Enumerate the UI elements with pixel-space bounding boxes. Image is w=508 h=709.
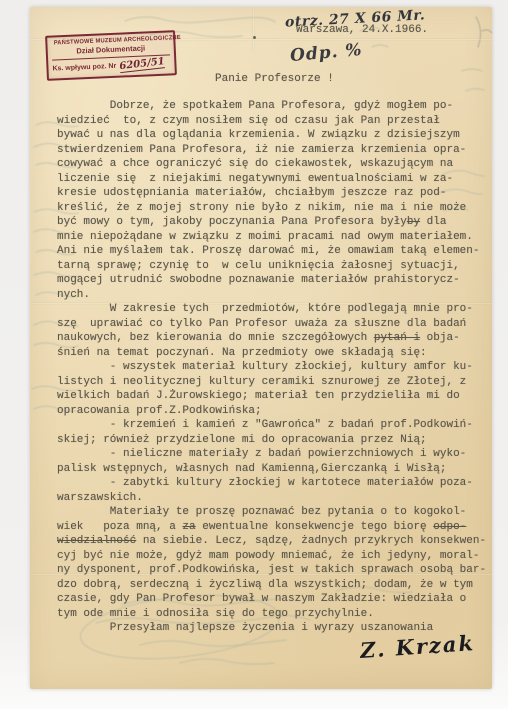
typed-line: śnień na temat poczynań. Na przedmioty o…	[57, 346, 486, 361]
typed-line: Dobrze, że spotkałem Pana Profesora, gdy…	[57, 99, 486, 114]
typed-line: wiedzialność na siebie. Lecz, sądzę, żad…	[57, 534, 486, 549]
typed-line: nych.	[57, 288, 486, 303]
typed-line: - nieliczne materiały z badań powierzchn…	[57, 447, 486, 462]
typed-line: być mowy o tym, jakoby poczynania Pana P…	[57, 215, 486, 230]
reply-annotation: Odp. %	[289, 40, 363, 66]
typed-line: Materiały te proszę poznawać bez pytania…	[57, 505, 486, 520]
typed-line: opracowania prof.Z.Podkowińska;	[57, 404, 486, 419]
typed-line: kreślić, że z mojej strony nie było z ni…	[57, 201, 486, 216]
typed-line: skiej; również przydzielone mi do opraco…	[57, 433, 486, 448]
typed-line: warszawskich.	[57, 491, 486, 506]
typed-line: wielkich badań J.Żurowskiego; materiał t…	[57, 389, 486, 404]
typed-line: stwierdzeniem Pana Profesora, iż nie zam…	[57, 143, 486, 158]
typed-line: dzo dobrą, serdeczną i życzliwą dla wszy…	[57, 578, 486, 593]
salutation: Panie Profesorze !	[215, 73, 334, 85]
typed-line: Ani nie myślałem tak. Proszę darować mi,…	[57, 244, 486, 259]
typed-line: cowywać a chce ograniczyć się do ciekawo…	[57, 157, 486, 172]
typed-line: mnie niepożądane w związku z moimi praca…	[57, 230, 486, 245]
typed-line: wiek poza mną, a za ewentualne konsekwen…	[57, 520, 486, 535]
typed-line: liczenie się z niejakimi negatywnymi ewe…	[57, 172, 486, 187]
typed-line: ny dysponent, prof.Podkowińska, jest w t…	[57, 563, 486, 578]
typed-line: palisk wstępnych, własnych nad Kamienną,…	[57, 462, 486, 477]
typed-line: czasie, gdy Pan Profesor bywał w naszym …	[57, 592, 486, 607]
typed-body: Dobrze, że spotkałem Pana Profesora, gdy…	[57, 99, 486, 636]
typed-line: tarną sprawę; czynię to w celu uniknięci…	[57, 259, 486, 274]
letter-page: PAŃSTWOWE MUZEUM ARCHEOLOGICZNE Dział Do…	[30, 7, 492, 689]
typed-line: - krzemień i kamień z "Gawrońca" z badań…	[57, 418, 486, 433]
typed-line: kresie udostępniania materiałów, chciałb…	[57, 186, 486, 201]
typed-line: cyj być nie może, gdyż mam powody mniema…	[57, 549, 486, 564]
typed-line: W zakresie tych przedmiotów, które podle…	[57, 302, 486, 317]
typed-line: - zabytki kultury złockiej w kartotece m…	[57, 476, 486, 491]
stamp-register-number: 6205/51	[119, 56, 165, 73]
date-line: Warszawa, 24.X.1966.	[296, 24, 428, 36]
typed-line: mogącej utrudnić swobodne poznawanie mat…	[57, 273, 486, 288]
typed-line: naukowych, bez kierowania do mnie szczeg…	[57, 331, 486, 346]
typed-line: wiedzieć to, z czym nosiłem się od czasu…	[57, 114, 486, 129]
fold-crease	[252, 7, 255, 51]
ink-dot	[253, 36, 256, 39]
typed-line: szę uprawiać co tylko Pan Profesor uważa…	[57, 317, 486, 332]
typed-line: listych i neolitycznej kultury ceramiki …	[57, 375, 486, 390]
typed-line: tym ode mnie i odnosiła się do tego przy…	[57, 607, 486, 622]
typed-line: bywać u nas dla oglądania krzemienia. W …	[57, 128, 486, 143]
stamp-register-label: Ks. wpływu poz. Nr	[52, 63, 116, 73]
museum-stamp: PAŃSTWOWE MUZEUM ARCHEOLOGICZNE Dział Do…	[45, 30, 177, 81]
typed-line: - wszystek materiał kultury złockiej, ku…	[57, 360, 486, 375]
stamp-register-row: Ks. wpływu poz. Nr 6205/51	[52, 54, 171, 74]
